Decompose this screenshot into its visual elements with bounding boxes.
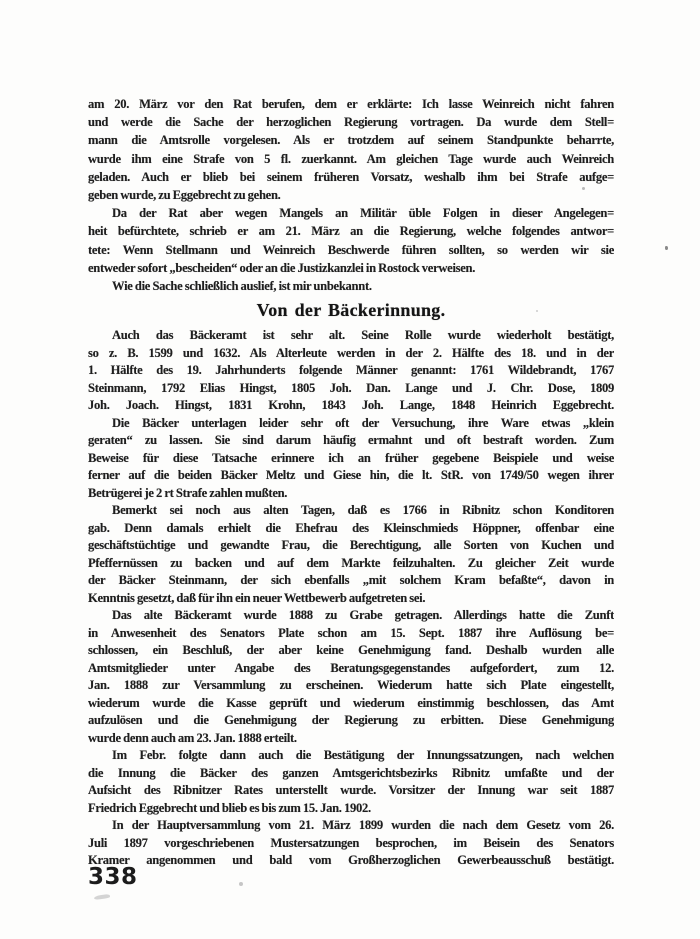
paragraph: In der Hauptversammlung vom 21. März 189… bbox=[88, 817, 614, 870]
text-line: Amtsmitglieder unter Angabe des Beratung… bbox=[88, 660, 614, 678]
text-line: die Innung die Bäcker des ganzen Amtsger… bbox=[88, 765, 614, 783]
text-line: Kenntnis gesetzt, daß für ihn ein neuer … bbox=[88, 590, 614, 608]
text-line: Beweise für diese Tatsache erinnere ich … bbox=[88, 450, 614, 468]
text-line: Aufsicht des Ribnitzer Rates unterstellt… bbox=[88, 782, 614, 800]
text-line: 1. Hälfte des 19. Jahrhunderts folgende … bbox=[88, 362, 614, 380]
text-line: schlossen, ein Beschluß, der aber keine … bbox=[88, 642, 614, 660]
text-line: ferner auf die beiden Bäcker Meltz und G… bbox=[88, 467, 614, 485]
scan-speck bbox=[536, 310, 538, 312]
page-number: 338 bbox=[88, 864, 138, 890]
text-line: Friedrich Eggebrecht und blieb es bis zu… bbox=[88, 800, 614, 818]
text-line: wurde denn auch am 23. Jan. 1888 erteilt… bbox=[88, 730, 614, 748]
paragraph: Das alte Bäckeramt wurde 1888 zu Grabe g… bbox=[88, 607, 614, 747]
scan-speck bbox=[582, 187, 585, 190]
text-line: Das alte Bäckeramt wurde 1888 zu Grabe g… bbox=[88, 607, 614, 625]
text-line: Da der Rat aber wegen Mangels an Militär… bbox=[88, 204, 614, 222]
text-line: Betrügerei je 2 rt Strafe zahlen mußten. bbox=[88, 485, 614, 503]
text-line: Joh. Joach. Hingst, 1831 Krohn, 1843 Joh… bbox=[88, 397, 614, 415]
text-line: geladen. Auch er blieb bei seinem früher… bbox=[88, 168, 614, 186]
text-line: wiederum wurde die Kasse geprüft und wie… bbox=[88, 695, 614, 713]
text-line: geben wurde, zu Eggebrecht zu gehen. bbox=[88, 186, 614, 204]
text-line: geschäftstüchtige und gewandte Frau, die… bbox=[88, 537, 614, 555]
text-line: so z. B. 1599 und 1632. Als Alterleute w… bbox=[88, 345, 614, 363]
text-line: der Bäcker Steinmann, der sich ebenfalls… bbox=[88, 572, 614, 590]
text-line: Kramer angenommen und bald vom Großherzo… bbox=[88, 852, 614, 870]
text-line: Jan. 1888 zur Versammlung zu erscheinen.… bbox=[88, 677, 614, 695]
text-line: heit befürchtete, schrieb er am 21. März… bbox=[88, 222, 614, 240]
text-block: am 20. März vor den Rat berufen, dem er … bbox=[88, 95, 614, 870]
text-line: Die Bäcker unterlagen leider sehr oft de… bbox=[88, 415, 614, 433]
text-line: Pfeffernüssen zu backen und auf dem Mark… bbox=[88, 555, 614, 573]
text-line: Juli 1897 vorgeschriebenen Mustersatzung… bbox=[88, 835, 614, 853]
paragraph: Im Febr. folgte dann auch die Bestätigun… bbox=[88, 747, 614, 817]
text-line: Auch das Bäckeramt ist sehr alt. Seine R… bbox=[88, 327, 614, 345]
text-line: Steinmann, 1792 Elias Hingst, 1805 Joh. … bbox=[88, 380, 614, 398]
paragraph: Die Bäcker unterlagen leider sehr oft de… bbox=[88, 415, 614, 503]
text-line: geraten“ zu lassen. Sie sind darum häufi… bbox=[88, 432, 614, 450]
paragraph: am 20. März vor den Rat berufen, dem er … bbox=[88, 95, 614, 204]
text-line: gab. Denn damals erhielt die Ehefrau des… bbox=[88, 520, 614, 538]
scan-speck bbox=[665, 246, 668, 250]
paragraph: Wie die Sache schließlich auslief, ist m… bbox=[88, 277, 614, 295]
body-block-before-heading: am 20. März vor den Rat berufen, dem er … bbox=[88, 95, 614, 295]
scanned-book-page: am 20. März vor den Rat berufen, dem er … bbox=[0, 0, 700, 939]
text-line: In der Hauptversammlung vom 21. März 189… bbox=[88, 817, 614, 835]
paragraph: Bemerkt sei noch aus alten Tagen, daß es… bbox=[88, 502, 614, 607]
text-line: Wie die Sache schließlich auslief, ist m… bbox=[88, 277, 614, 295]
paragraph: Auch das Bäckeramt ist sehr alt. Seine R… bbox=[88, 327, 614, 415]
text-line: tete: Wenn Stellmann und Weinreich Besch… bbox=[88, 241, 614, 259]
paragraph: Da der Rat aber wegen Mangels an Militär… bbox=[88, 204, 614, 277]
text-line: und werde die Sache der herzoglichen Reg… bbox=[88, 113, 614, 131]
body-block-after-heading: Auch das Bäckeramt ist sehr alt. Seine R… bbox=[88, 327, 614, 870]
text-line: entweder sofort „bescheiden“ oder an die… bbox=[88, 259, 614, 277]
text-line: wurde ihm eine Strafe von 5 fl. zuerkann… bbox=[88, 150, 614, 168]
scan-speck bbox=[239, 882, 243, 886]
text-line: Im Febr. folgte dann auch die Bestätigun… bbox=[88, 747, 614, 765]
text-line: aufzulösen und die Genehmigung der Regie… bbox=[88, 712, 614, 730]
text-line: in Anwesenheit des Senators Plate schon … bbox=[88, 625, 614, 643]
text-line: Bemerkt sei noch aus alten Tagen, daß es… bbox=[88, 502, 614, 520]
scan-smudge bbox=[94, 894, 110, 900]
text-line: am 20. März vor den Rat berufen, dem er … bbox=[88, 95, 614, 113]
text-line: mann die Amtsrolle vorgelesen. Als er tr… bbox=[88, 131, 614, 149]
